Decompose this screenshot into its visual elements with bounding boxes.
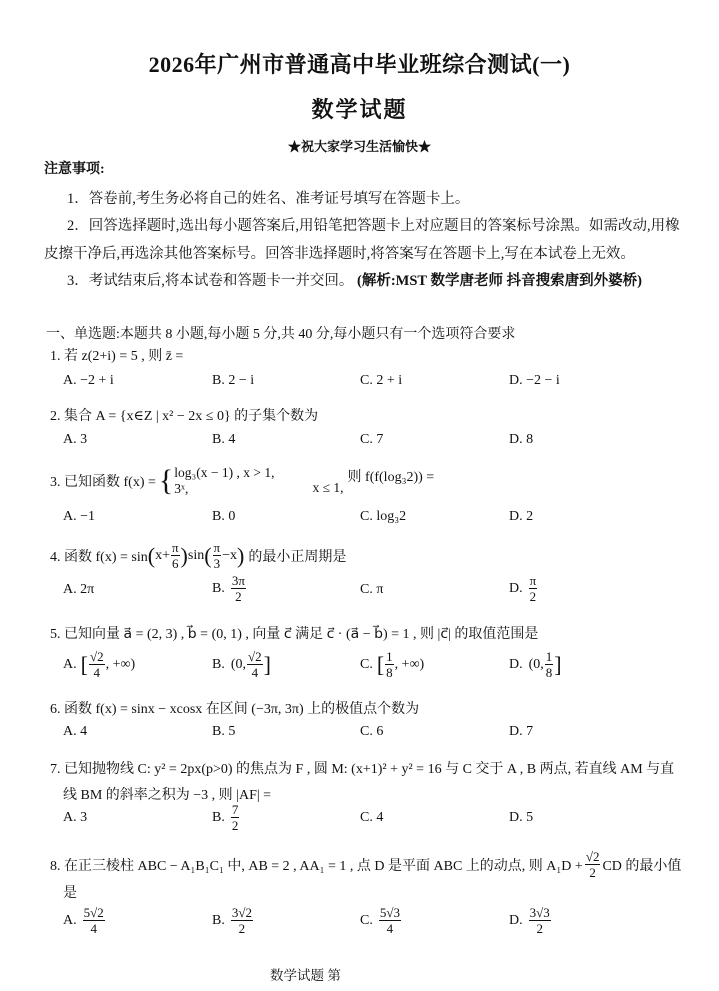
q5-option-d-frac: 1 8 xyxy=(545,650,554,679)
q8-option-c-label: C. xyxy=(360,913,373,929)
q7-option-b: B. 7 2 xyxy=(212,803,240,832)
motto: ★祝大家学习生活愉快★ xyxy=(0,136,719,155)
q6-option-c: C. 6 xyxy=(360,724,383,740)
q4-option-d-frac: π 2 xyxy=(529,574,538,603)
q8-option-b: B. 3√2 2 xyxy=(212,906,254,935)
q2-option-d: D. 8 xyxy=(509,432,533,448)
paren-open-2: ( xyxy=(204,543,211,569)
q1-option-c: C. 2 + i xyxy=(360,373,402,389)
q7-option-c: C. 4 xyxy=(360,810,383,826)
question-2-stem: 2. 集合 A = {x∈Z | x² − 2x ≤ 0} 的子集个数为 xyxy=(50,405,318,425)
question-5-stem: 5. 已知向量 a⃗ = (2, 3) , b⃗ = (0, 1) , 向量 c… xyxy=(50,623,538,643)
q3-option-b: B. 0 xyxy=(212,509,235,525)
q3-piece-2: 3ˣ, xyxy=(174,481,274,497)
q5-option-c-tail: , +∞) xyxy=(395,657,425,673)
brace-icon: { xyxy=(159,466,173,496)
bracket-close: ] xyxy=(554,652,561,678)
q5-option-d-label: D. xyxy=(509,657,523,673)
q5-option-b-open: (0, xyxy=(231,657,246,673)
q6-option-b: B. 5 xyxy=(212,724,235,740)
q8-option-c-frac: 5√3 4 xyxy=(379,906,401,935)
section-heading: 一、单选题:本题共 8 小题,每小题 5 分,共 40 分,每小题只有一个选项符… xyxy=(46,323,515,343)
q7-option-b-label: B. xyxy=(212,810,225,826)
question-3-stem: 3. 已知函数 f(x) = { log₃(x − 1) , x > 1, 3ˣ… xyxy=(50,465,434,496)
q5-option-b-label: B. xyxy=(212,657,225,673)
q8-option-d: D. 3√3 2 xyxy=(509,906,552,935)
q4-x-plus: x+ xyxy=(155,548,170,564)
question-7-stem-line-2: 线 BM 的斜率之积为 −3 , 则 |AF| = xyxy=(63,784,271,804)
q4-stem-prefix: 4. 函数 f(x) = sin xyxy=(50,546,148,566)
q8-option-a-label: A. xyxy=(63,913,77,929)
bracket-close: ] xyxy=(264,652,271,678)
notice-heading: 注意事项: xyxy=(44,158,105,178)
q4-option-b: B. 3π 2 xyxy=(212,574,247,603)
q3-option-c: C. log₃2 xyxy=(360,509,406,525)
notice-item-1: 1．答卷前,考生务必将自己的姓名、准考证号填写在答题卡上。 xyxy=(67,187,469,208)
q3-stem-suffix: 则 f(f(log₃2)) = xyxy=(348,466,435,486)
q5-option-d-open: (0, xyxy=(529,657,544,673)
page-footer: 数学试题 第 xyxy=(270,964,341,984)
exam-subtitle: 数学试题 xyxy=(0,93,719,124)
q8-stem-prefix: 8. 在正三棱柱 ABC − A₁B₁C₁ 中, AB = 2 , AA₁ = … xyxy=(50,855,583,875)
q5-option-b-frac: √2 4 xyxy=(247,650,263,679)
bracket-open: [ xyxy=(377,652,384,678)
notice-item-2: 2．回答选择题时,选出每小题答案后,用铅笔把答题卡上对应题目的答案标号涂黑。如需… xyxy=(67,214,680,235)
q4-option-d-label: D. xyxy=(509,581,523,597)
q5-option-c-frac: 1 8 xyxy=(385,650,394,679)
q5-option-a-label: A. xyxy=(63,657,77,673)
q8-stem-frac: √2 2 xyxy=(585,850,601,879)
paren-close-2: ) xyxy=(237,543,244,569)
q3-option-d: D. 2 xyxy=(509,509,533,525)
q8-stem-suffix: CD 的最小值 xyxy=(602,855,681,875)
q8-option-c: C. 5√3 4 xyxy=(360,906,402,935)
q3-stem-prefix: 3. 已知函数 f(x) = xyxy=(50,471,156,491)
q6-option-d: D. 7 xyxy=(509,724,533,740)
q4-frac-1: π 6 xyxy=(171,541,180,570)
q8-option-a: A. 5√2 4 xyxy=(63,906,106,935)
q5-option-b: B. (0, √2 4 ] xyxy=(212,650,271,679)
q1-option-b: B. 2 − i xyxy=(212,373,254,389)
question-1-stem: 1. 若 z(2+i) = 5 , 则 z̄ = xyxy=(50,345,183,365)
bracket-open: [ xyxy=(81,652,88,678)
q1-option-a: A. −2 + i xyxy=(63,373,114,389)
notice-item-2-cont: 皮擦干净后,再选涂其他答案标号。回答非选择题时,将答案写在答题卡上,写在本试卷上… xyxy=(44,242,635,263)
notice-item-3-text: 3．考试结束后,将本试卷和答题卡一并交回。 xyxy=(67,273,353,289)
q8-option-a-frac: 5√2 4 xyxy=(83,906,105,935)
q8-option-d-frac: 3√3 2 xyxy=(529,906,551,935)
q8-option-b-label: B. xyxy=(212,913,225,929)
q1-option-d: D. −2 − i xyxy=(509,373,560,389)
q3-piece-2-cond: x ≤ 1, xyxy=(312,480,343,496)
q8-option-d-label: D. xyxy=(509,913,523,929)
paren-open: ( xyxy=(148,543,155,569)
q4-stem-suffix: 的最小正周期是 xyxy=(248,546,346,566)
exam-title: 2026年广州市普通高中毕业班综合测试(一) xyxy=(0,48,719,79)
q5-option-a: A. [ √2 4 , +∞) xyxy=(63,650,135,679)
question-7-stem-line-1: 7. 已知抛物线 C: y² = 2px(p>0) 的焦点为 F , 圆 M: … xyxy=(50,758,674,778)
q5-option-d: D. (0, 1 8 ] xyxy=(509,650,562,679)
q2-option-b: B. 4 xyxy=(212,432,235,448)
question-8-stem-line-2: 是 xyxy=(63,882,77,902)
notice-source-note: (解析:MST 数学唐老师 抖音搜索唐到外婆桥) xyxy=(357,273,642,289)
q3-option-a: A. −1 xyxy=(63,509,95,525)
q5-option-a-frac: √2 4 xyxy=(89,650,105,679)
q3-piecewise: log₃(x − 1) , x > 1, 3ˣ, xyxy=(174,465,274,496)
q5-option-a-tail: , +∞) xyxy=(106,657,136,673)
q4-minus-x: −x xyxy=(222,548,237,564)
q7-option-d: D. 5 xyxy=(509,810,533,826)
q4-option-a: A. 2π xyxy=(63,582,94,598)
q6-option-a: A. 4 xyxy=(63,724,87,740)
q4-option-d: D. π 2 xyxy=(509,574,538,603)
q5-option-c: C. [ 1 8 , +∞) xyxy=(360,650,424,679)
q4-option-b-label: B. xyxy=(212,581,225,597)
q4-stem-mid: sin xyxy=(188,548,204,564)
q3-piece-1: log₃(x − 1) , x > 1, xyxy=(174,465,274,481)
q2-option-c: C. 7 xyxy=(360,432,383,448)
q4-frac-2: π 3 xyxy=(213,541,222,570)
q8-option-b-frac: 3√2 2 xyxy=(231,906,253,935)
q7-option-a: A. 3 xyxy=(63,810,87,826)
q4-option-b-frac: 3π 2 xyxy=(231,574,246,603)
question-8-stem-line-1: 8. 在正三棱柱 ABC − A₁B₁C₁ 中, AB = 2 , AA₁ = … xyxy=(50,850,681,879)
q2-option-a: A. 3 xyxy=(63,432,87,448)
q7-option-b-frac: 7 2 xyxy=(231,803,240,832)
question-4-stem: 4. 函数 f(x) = sin ( x+ π 6 ) sin ( π 3 −x… xyxy=(50,541,346,570)
q4-option-c: C. π xyxy=(360,582,383,598)
q5-option-c-label: C. xyxy=(360,657,373,673)
notice-item-3: 3．考试结束后,将本试卷和答题卡一并交回。 (解析:MST 数学唐老师 抖音搜索… xyxy=(67,269,642,290)
paren-close: ) xyxy=(181,543,188,569)
question-6-stem: 6. 函数 f(x) = sinx − xcosx 在区间 (−3π, 3π) … xyxy=(50,698,419,718)
